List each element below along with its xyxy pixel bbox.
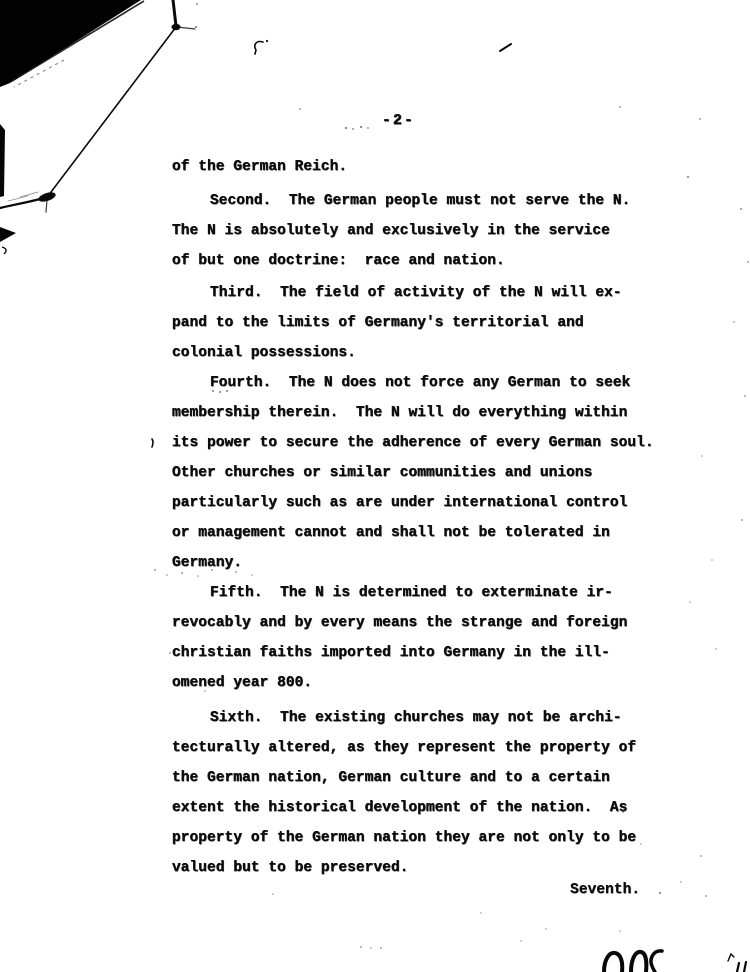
document-line: Sixth. The existing churches may not be … — [172, 703, 682, 733]
document-line: pand to the limits of Germany's territor… — [172, 308, 682, 338]
fold-line-artifact — [0, 0, 195, 212]
page-number: -2- — [382, 113, 415, 129]
document-line: Third. The field of activity of the N wi… — [172, 278, 682, 308]
document-line: Fifth. The N is determined to exterminat… — [172, 578, 682, 608]
document-line: extent the historical development of the… — [172, 793, 682, 823]
document-line: valued but to be preserved. — [172, 853, 682, 883]
document-line: the German nation, German culture and to… — [172, 763, 682, 793]
torn-corner-artifact — [0, 0, 144, 254]
document-line: omened year 800. — [172, 668, 682, 698]
document-line: tecturally altered, as they represent th… — [172, 733, 682, 763]
document-line: Germany. — [172, 548, 682, 578]
document-body: of the German Reich. Second. The German … — [172, 152, 682, 883]
document-line: of the German Reich. — [172, 152, 682, 182]
document-line: property of the German nation they are n… — [172, 823, 682, 853]
document-line: its power to secure the adherence of eve… — [172, 428, 682, 458]
document-page: -2- of the German Reich. Second. The Ger… — [0, 0, 750, 972]
document-line: of but one doctrine: race and nation. — [172, 246, 682, 276]
document-line: membership therein. The N will do everyt… — [172, 398, 682, 428]
document-line: The N is absolutely and exclusively in t… — [172, 216, 682, 246]
handwritten-mark — [604, 951, 746, 972]
document-line: revocably and by every means the strange… — [172, 608, 682, 638]
document-line: particularly such as are under internati… — [172, 488, 682, 518]
document-line: Second. The German people must not serve… — [172, 186, 682, 216]
closing-word: Seventh. — [570, 882, 640, 898]
document-line: Other churches or similar communities an… — [172, 458, 682, 488]
document-line: colonial possessions. — [172, 338, 682, 368]
document-line: or management cannot and shall not be to… — [172, 518, 682, 548]
document-line: Fourth. The N does not force any German … — [172, 368, 682, 398]
document-line: christian faiths imported into Germany i… — [172, 638, 682, 668]
